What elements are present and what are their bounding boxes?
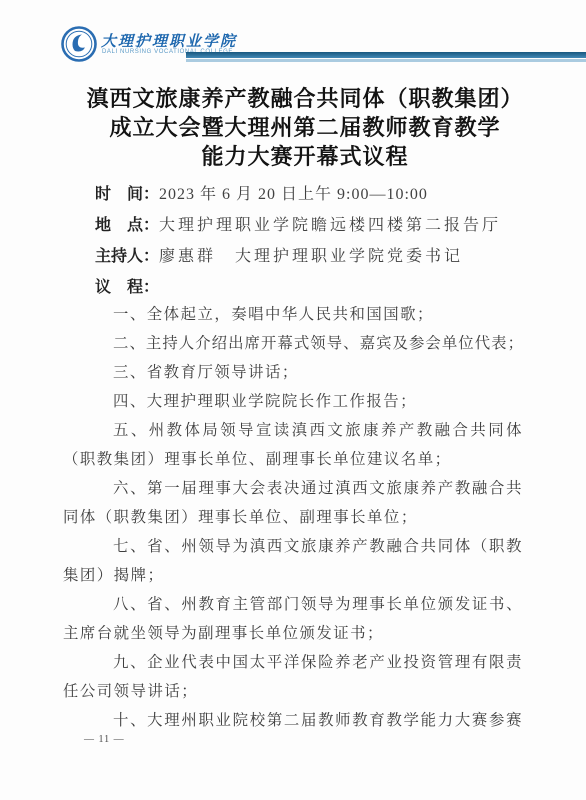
agenda-item: 六、第一届理事大会表决通过滇西文旅康养产教融合共同体（职教集团）理事长单位、副理… (63, 474, 523, 532)
agenda-line: 十、大理州职业院校第二届教师教育教学能力大赛参赛 (63, 706, 523, 735)
agenda-line: 六、第一届理事大会表决通过滇西文旅康养产教融合共 (63, 474, 523, 503)
meta-label: 时 间： (95, 186, 159, 203)
letterhead-divider (186, 52, 586, 62)
meta-label: 议 程： (95, 279, 159, 296)
agenda-line: 任公司领导讲话； (63, 677, 523, 706)
document-page: 大理护理职业学院 DALI NURSING VOCATIONAL COLLEGE… (0, 0, 586, 800)
page-title: 滇西文旅康养产教融合共同体（职教集团） 成立大会暨大理州第二届教师教育教学 能力… (75, 84, 535, 171)
agenda-line: 九、企业代表中国太平洋保险养老产业投资管理有限责 (63, 648, 523, 677)
agenda-item: 七、省、州领导为滇西文旅康养产教融合共同体（职教集团）揭牌； (63, 532, 523, 590)
agenda-list: 一、全体起立，奏唱中华人民共和国国歌；二、主持人介绍出席开幕式领导、嘉宾及参会单… (63, 300, 523, 735)
agenda-line: 八、省、州教育主管部门领导为理事长单位颁发证书、 (63, 590, 523, 619)
letterhead-bar-dark (186, 52, 586, 58)
page-title-line: 能力大赛开幕式议程 (75, 142, 535, 171)
agenda-line: 七、省、州领导为滇西文旅康养产教融合共同体（职教 (63, 532, 523, 561)
meta-value: 大理护理职业学院瞻远楼四楼第二报告厅 (159, 217, 501, 234)
agenda-item: 九、企业代表中国太平洋保险养老产业投资管理有限责任公司领导讲话； (63, 648, 523, 706)
meta-value: 2023 年 6 月 20 日上午 9:00—10:00 (159, 186, 428, 203)
agenda-line: 四、大理护理职业学院院长作工作报告； (63, 387, 523, 416)
page-title-line: 滇西文旅康养产教融合共同体（职教集团） (75, 84, 535, 113)
agenda-line: 三、省教育厅领导讲话； (63, 358, 523, 387)
agenda-line: 二、主持人介绍出席开幕式领导、嘉宾及参会单位代表； (63, 329, 523, 358)
agenda-line: 集团）揭牌； (63, 561, 523, 590)
meta-row-place: 地 点：大理护理职业学院瞻远楼四楼第二报告厅 (95, 210, 535, 241)
agenda-item: 一、全体起立，奏唱中华人民共和国国歌； (63, 300, 523, 329)
agenda-item: 十、大理州职业院校第二届教师教育教学能力大赛参赛 (63, 706, 523, 735)
meta-label: 主持人： (95, 248, 159, 265)
agenda-item: 五、州教体局领导宣读滇西文旅康养产教融合共同体（职教集团）理事长单位、副理事长单… (63, 416, 523, 474)
agenda-line: （职教集团）理事长单位、副理事长单位建议名单； (63, 445, 523, 474)
agenda-line: 主席台就坐领导为副理事长单位颁发证书； (63, 619, 523, 648)
letterhead-bar-light (186, 59, 586, 62)
meta-label: 地 点： (95, 217, 159, 234)
agenda-item: 二、主持人介绍出席开幕式领导、嘉宾及参会单位代表； (63, 329, 523, 358)
agenda-line: 同体（职教集团）理事长单位、副理事长单位； (63, 503, 523, 532)
meta-row-time: 时 间：2023 年 6 月 20 日上午 9:00—10:00 (95, 179, 535, 210)
meta-row-agenda: 议 程： (95, 272, 535, 303)
letterhead: 大理护理职业学院 DALI NURSING VOCATIONAL COLLEGE (0, 0, 586, 66)
page-number: — 11 — (84, 734, 125, 745)
meta-value: 廖惠群 大理护理职业学院党委书记 (159, 248, 463, 265)
meta-row-host: 主持人：廖惠群 大理护理职业学院党委书记 (95, 241, 535, 272)
college-name: 大理护理职业学院 (101, 30, 237, 51)
page-title-line: 成立大会暨大理州第二届教师教育教学 (75, 113, 535, 142)
agenda-line: 五、州教体局领导宣读滇西文旅康养产教融合共同体 (63, 416, 523, 445)
agenda-item: 三、省教育厅领导讲话； (63, 358, 523, 387)
agenda-item: 八、省、州教育主管部门领导为理事长单位颁发证书、主席台就坐领导为副理事长单位颁发… (63, 590, 523, 648)
agenda-line: 一、全体起立，奏唱中华人民共和国国歌； (63, 300, 523, 329)
meta-block: 时 间：2023 年 6 月 20 日上午 9:00—10:00 地 点：大理护… (95, 179, 535, 303)
college-seal-icon (61, 26, 97, 62)
agenda-item: 四、大理护理职业学院院长作工作报告； (63, 387, 523, 416)
